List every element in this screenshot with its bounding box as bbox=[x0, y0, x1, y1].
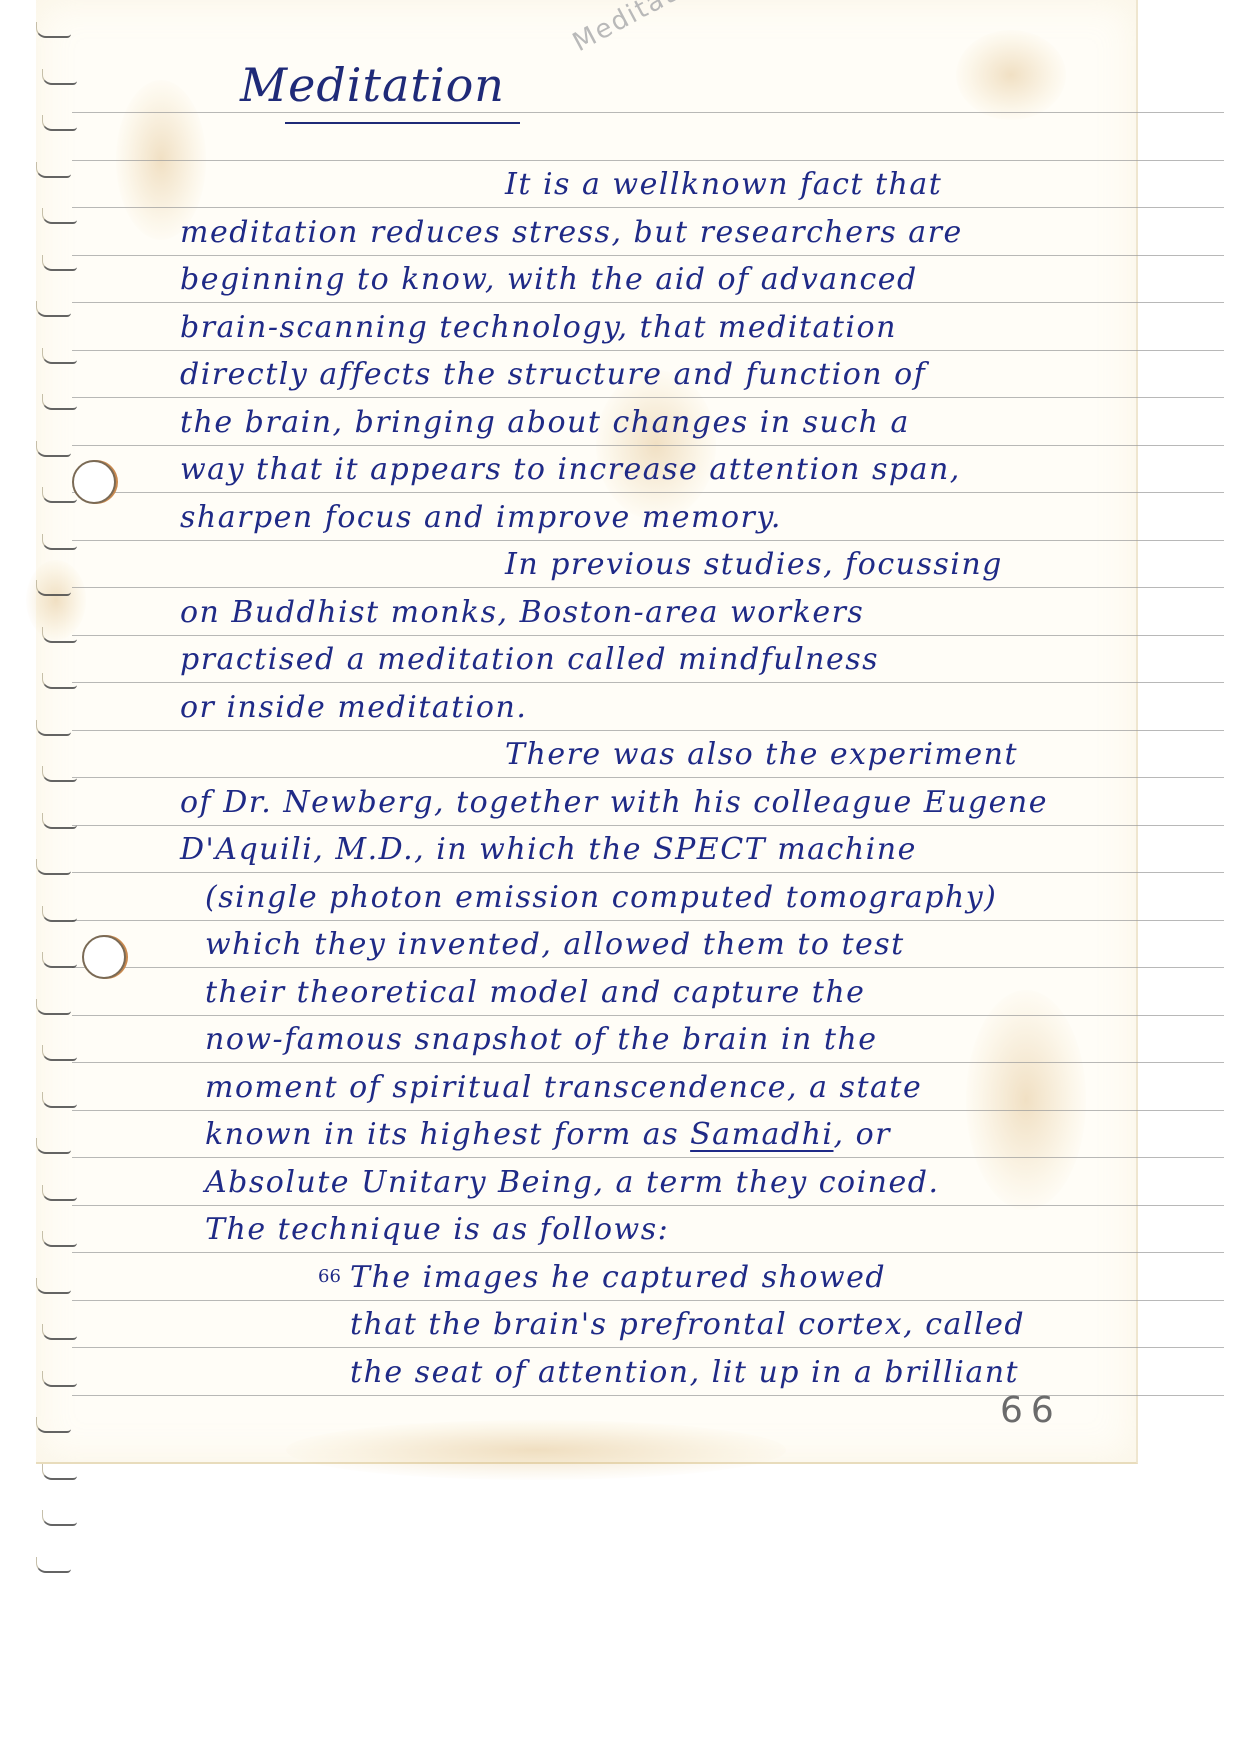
page-title: Meditation bbox=[240, 58, 505, 112]
ruled-line bbox=[72, 540, 1224, 541]
title-underline bbox=[285, 122, 520, 124]
handwritten-line: There was also the experiment bbox=[505, 737, 1018, 772]
spiral-tear bbox=[42, 813, 77, 829]
handwritten-line: the brain, bringing about changes in suc… bbox=[180, 405, 910, 440]
handwritten-line: The images he captured showed bbox=[350, 1260, 886, 1295]
underlined-term: Samadhi bbox=[690, 1117, 833, 1152]
spiral-tear bbox=[36, 162, 71, 178]
paper-stain bbox=[956, 30, 1066, 120]
ruled-line bbox=[72, 350, 1224, 351]
spiral-tear bbox=[36, 580, 71, 596]
ruled-line bbox=[72, 1205, 1224, 1206]
handwritten-line: sharpen focus and improve memory. bbox=[180, 500, 782, 535]
ruled-line bbox=[72, 1015, 1224, 1016]
handwritten-line: brain-scanning technology, that meditati… bbox=[180, 310, 897, 345]
spiral-tear bbox=[42, 394, 77, 410]
handwritten-line: Absolute Unitary Being, a term they coin… bbox=[205, 1165, 940, 1200]
spiral-tear bbox=[42, 255, 77, 271]
spiral-tear bbox=[42, 487, 77, 503]
ruled-line bbox=[72, 635, 1224, 636]
handwritten-line: known in its highest form as Samadhi, or bbox=[205, 1117, 891, 1152]
spiral-tear bbox=[42, 1045, 77, 1061]
ruled-line bbox=[72, 160, 1224, 161]
spiral-tear bbox=[36, 1278, 71, 1294]
spiral-tear bbox=[42, 906, 77, 922]
handwritten-line: way that it appears to increase attentio… bbox=[180, 452, 961, 487]
ruled-line bbox=[72, 1062, 1224, 1063]
handwritten-line: moment of spiritual transcendence, a sta… bbox=[205, 1070, 922, 1105]
handwritten-line: (single photon emission computed tomogra… bbox=[205, 880, 997, 915]
spiral-tear bbox=[42, 1371, 77, 1387]
spiral-tear bbox=[42, 673, 77, 689]
ruled-line bbox=[72, 920, 1224, 921]
handwritten-line: In previous studies, focussing bbox=[505, 547, 1003, 582]
spiral-tear bbox=[36, 1138, 71, 1154]
spiral-tear bbox=[42, 1464, 77, 1480]
spiral-tear bbox=[42, 952, 77, 968]
handwritten-line: of Dr. Newberg, together with his collea… bbox=[180, 785, 1048, 820]
spiral-tear bbox=[42, 348, 77, 364]
ruled-line bbox=[72, 1110, 1224, 1111]
ruled-line bbox=[72, 967, 1224, 968]
spiral-tear bbox=[36, 441, 71, 457]
spiral-tear bbox=[36, 720, 71, 736]
ruled-line bbox=[72, 1300, 1224, 1301]
spiral-tear bbox=[42, 627, 77, 643]
handwritten-line: the seat of attention, lit up in a brill… bbox=[350, 1355, 1019, 1390]
spiral-tear bbox=[42, 1231, 77, 1247]
spiral-tear bbox=[42, 115, 77, 131]
ruled-line bbox=[72, 730, 1224, 731]
handwritten-line: or inside meditation. bbox=[180, 690, 527, 725]
ruled-line bbox=[72, 1347, 1224, 1348]
spiral-tear bbox=[42, 1324, 77, 1340]
ruled-line bbox=[72, 302, 1224, 303]
handwritten-line: meditation reduces stress, but researche… bbox=[180, 215, 963, 250]
ruled-line bbox=[72, 872, 1224, 873]
ruled-line bbox=[72, 825, 1224, 826]
ruled-line bbox=[72, 1157, 1224, 1158]
ruled-line bbox=[72, 1252, 1224, 1253]
handwritten-line: practised a meditation called mindfulnes… bbox=[180, 642, 879, 677]
handwritten-line: It is a wellknown fact that bbox=[505, 167, 942, 202]
ruled-line bbox=[72, 112, 1224, 113]
spiral-tear bbox=[42, 534, 77, 550]
page-number: 66 bbox=[1000, 1390, 1062, 1431]
ruled-line bbox=[72, 207, 1224, 208]
handwritten-line: on Buddhist monks, Boston-area workers bbox=[180, 595, 864, 630]
handwritten-line: directly affects the structure and funct… bbox=[180, 357, 926, 392]
ruled-line bbox=[72, 397, 1224, 398]
ruled-line bbox=[72, 492, 1224, 493]
spiral-tear bbox=[42, 1185, 77, 1201]
punch-hole bbox=[82, 935, 126, 979]
spiral-tear bbox=[36, 1417, 71, 1433]
paper-stain bbox=[286, 1420, 786, 1480]
spiral-tear bbox=[42, 766, 77, 782]
spiral-tear bbox=[36, 1557, 71, 1573]
spiral-tear bbox=[36, 301, 71, 317]
spiral-tear bbox=[36, 859, 71, 875]
handwritten-line: their theoretical model and capture the bbox=[205, 975, 865, 1010]
handwritten-line: The technique is as follows: bbox=[205, 1212, 669, 1247]
paper-stain bbox=[966, 990, 1086, 1210]
handwritten-line: now-famous snapshot of the brain in the bbox=[205, 1022, 877, 1057]
handwritten-line: which they invented, allowed them to tes… bbox=[205, 927, 905, 962]
spiral-tear bbox=[36, 22, 71, 38]
ruled-line bbox=[72, 682, 1224, 683]
spiral-tear bbox=[42, 69, 77, 85]
ruled-line bbox=[72, 255, 1224, 256]
ruled-line bbox=[72, 587, 1224, 588]
ruled-line bbox=[72, 445, 1224, 446]
spiral-tear bbox=[42, 1092, 77, 1108]
spiral-tear bbox=[42, 208, 77, 224]
open-quote-mark: 66 bbox=[318, 1266, 341, 1287]
handwritten-line: beginning to know, with the aid of advan… bbox=[180, 262, 918, 297]
ruled-line bbox=[72, 777, 1224, 778]
handwritten-line: that the brain's prefrontal cortex, call… bbox=[350, 1307, 1025, 1342]
punch-hole bbox=[72, 460, 116, 504]
spiral-tear bbox=[42, 1510, 77, 1526]
spiral-tear bbox=[36, 999, 71, 1015]
handwritten-line: D'Aquili, M.D., in which the SPECT machi… bbox=[180, 832, 917, 867]
